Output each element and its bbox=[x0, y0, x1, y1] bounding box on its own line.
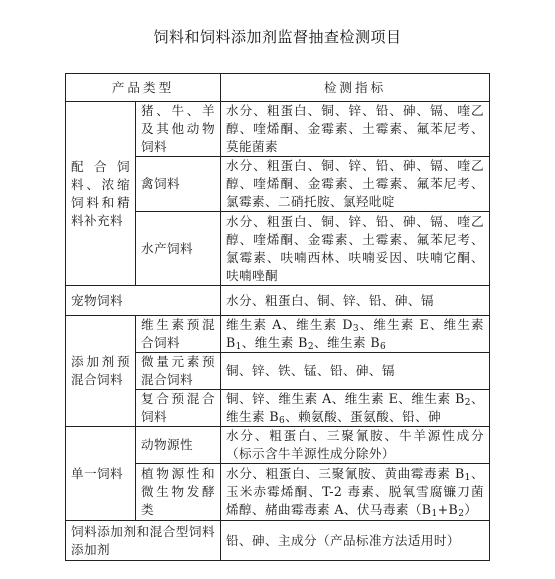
subtype-cell: 水产饲料 bbox=[136, 212, 221, 286]
indicators-cell: 水分、粗蛋白、铜、锌、铅、砷、镉 bbox=[221, 286, 490, 316]
category-cell: 单一饲料 bbox=[66, 427, 136, 521]
inspection-items-table: 产品类型 检测指标 配合饲料、浓缩饲料和精料补充料 猪、牛、羊及其他动物饲料 水… bbox=[65, 73, 490, 561]
table-row: 单一饲料 动物源性 水分、粗蛋白、三聚氰胺、牛羊源性成分（标示含牛羊源性成分除外… bbox=[66, 427, 490, 464]
category-cell: 宠物饲料 bbox=[66, 286, 221, 316]
indicators-cell: 水分、粗蛋白、三聚氰胺、牛羊源性成分（标示含牛羊源性成分除外） bbox=[221, 427, 490, 464]
indicators-cell: 水分、粗蛋白、铜、锌、铅、砷、镉、喹乙醇、喹烯酮、金霉素、土霉素、氟苯尼考、氯霉… bbox=[221, 212, 490, 286]
subtype-cell: 禽饲料 bbox=[136, 157, 221, 212]
category-cell: 饲料添加剂和混合型饲料添加剂 bbox=[66, 521, 221, 561]
indicators-cell: 铅、砷、主成分（产品标准方法适用时） bbox=[221, 521, 490, 561]
subtype-cell: 维生素预混合饲料 bbox=[136, 316, 221, 353]
table-row: 添加剂预混合饲料 维生素预混合饲料 维生素 A、维生素 D3、维生素 E、维生素… bbox=[66, 316, 490, 353]
indicators-cell: 水分、粗蛋白、铜、锌、铅、砷、镉、喹乙醇、喹烯酮、金霉素、土霉素、氟苯尼考、莫能… bbox=[221, 102, 490, 157]
indicators-cell: 水分、粗蛋白、铜、锌、铅、砷、镉、喹乙醇、喹烯酮、金霉素、土霉素、氟苯尼考、氯霉… bbox=[221, 157, 490, 212]
indicators-cell: 维生素 A、维生素 D3、维生素 E、维生素 B1、维生素 B2、维生素 B6 bbox=[221, 316, 490, 353]
header-product-type: 产品类型 bbox=[66, 74, 221, 102]
table-row: 配合饲料、浓缩饲料和精料补充料 猪、牛、羊及其他动物饲料 水分、粗蛋白、铜、锌、… bbox=[66, 102, 490, 157]
table-row: 宠物饲料 水分、粗蛋白、铜、锌、铅、砷、镉 bbox=[66, 286, 490, 316]
subtype-cell: 复合预混合饲料 bbox=[136, 390, 221, 427]
subtype-cell: 动物源性 bbox=[136, 427, 221, 464]
indicators-cell: 水分、粗蛋白、三聚氰胺、黄曲霉毒素 B1、玉米赤霉烯酮、T-2 毒素、脱氧雪腐镰… bbox=[221, 464, 490, 521]
category-cell: 添加剂预混合饲料 bbox=[66, 316, 136, 427]
page-title: 饲料和饲料添加剂监督抽查检测项目 bbox=[0, 26, 555, 47]
category-cell: 配合饲料、浓缩饲料和精料补充料 bbox=[66, 102, 136, 286]
header-test-indicators: 检测指标 bbox=[221, 74, 490, 102]
indicators-cell: 铜、锌、维生素 A、维生素 E、维生素 B2、维生素 B6、赖氨酸、蛋氨酸、铅、… bbox=[221, 390, 490, 427]
subtype-cell: 猪、牛、羊及其他动物饲料 bbox=[136, 102, 221, 157]
subtype-cell: 植物源性和微生物发酵类 bbox=[136, 464, 221, 521]
subtype-cell: 微量元素预混合饲料 bbox=[136, 353, 221, 390]
table-header-row: 产品类型 检测指标 bbox=[66, 74, 490, 102]
table-row: 饲料添加剂和混合型饲料添加剂 铅、砷、主成分（产品标准方法适用时） bbox=[66, 521, 490, 561]
indicators-cell: 铜、锌、铁、锰、铅、砷、镉 bbox=[221, 353, 490, 390]
